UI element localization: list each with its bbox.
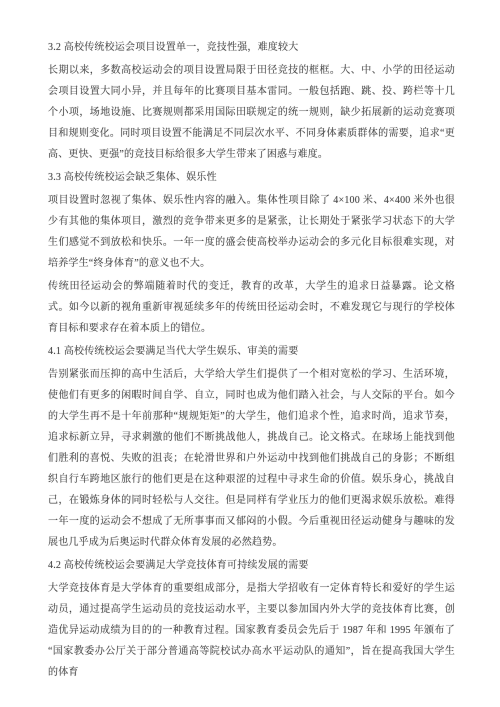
section-heading-4-1: 4.1 高校传统校运会要满足当代大学生娱乐、审美的需要 bbox=[48, 341, 455, 362]
paragraph-4-1-body: 告别紧张而压抑的高中生活后，大学给大学生们提供了一个相对宽松的学习、生活环境，使… bbox=[48, 364, 455, 553]
paragraph-3-2-body: 长期以来，多数高校运动会的项目设置局限于田径竞技的框框。大、中、小学的田径运动会… bbox=[48, 60, 455, 165]
paragraph-3-3-body-2: 传统田径运动会的弊端随着时代的变迁，教育的改革，大学生的追求日益暴露。论文格式。… bbox=[48, 276, 455, 339]
document-page: 3.2 高校传统校运会项目设置单一，竞技性强，难度较大 长期以来，多数高校运动会… bbox=[0, 0, 500, 707]
section-heading-4-2: 4.2 高校传统校运会要满足大学竞技体育可持续发展的需要 bbox=[48, 555, 455, 576]
section-heading-3-3: 3.3 高校传统校运会缺乏集体、娱乐性 bbox=[48, 167, 455, 188]
paragraph-4-2-body: 大学竞技体育是大学体育的重要组成部分，是指大学招收有一定体育特长和爱好的学生运动… bbox=[48, 578, 455, 683]
paragraph-3-3-body: 项目设置时忽视了集体、娱乐性内容的融入。集体性项目除了 4×100 米、4×40… bbox=[48, 190, 455, 274]
section-heading-3-2: 3.2 高校传统校运会项目设置单一，竞技性强，难度较大 bbox=[48, 37, 455, 58]
